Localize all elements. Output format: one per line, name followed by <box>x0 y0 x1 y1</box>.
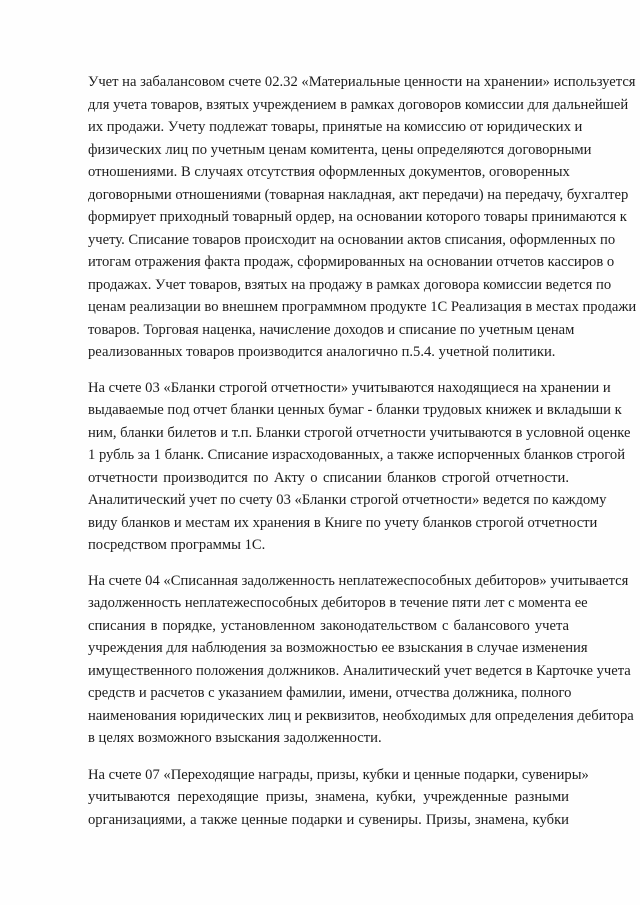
text-line: наименования юридических лиц и реквизито… <box>88 705 569 728</box>
text-line: виду бланков и местам их хранения в Книг… <box>88 512 569 535</box>
document-body: Учет на забалансовом счете 02.32 «Матери… <box>88 71 569 845</box>
text-line: выдаваемые под отчет бланки ценных бумаг… <box>88 399 569 422</box>
text-line: задолженность неплатежеспособных дебитор… <box>88 592 569 615</box>
text-line: отношениями. В случаях отсутствия оформл… <box>88 161 569 184</box>
paragraph-account-07: На счете 07 «Переходящие награды, призы,… <box>88 764 569 832</box>
text-line: Учет на забалансовом счете 02.32 «Матери… <box>88 71 569 94</box>
text-line: итогам отражения факта продаж, сформиров… <box>88 251 569 274</box>
text-line: товаров. Торговая наценка, начисление до… <box>88 319 569 342</box>
text-line: договорными отношениями (товарная наклад… <box>88 184 569 207</box>
text-line: Аналитический учет по счету 03 «Бланки с… <box>88 489 569 512</box>
text-line: На счете 03 «Бланки строгой отчетности» … <box>88 377 569 400</box>
text-line: посредством программы 1С. <box>88 534 569 557</box>
paragraph-account-03: На счете 03 «Бланки строгой отчетности» … <box>88 377 569 557</box>
text-line: в целях возможного взыскания задолженнос… <box>88 727 569 750</box>
text-line: организациями, а также ценные подарки и … <box>88 809 569 832</box>
text-line: 1 рубль за 1 бланк. Списание израсходова… <box>88 444 569 467</box>
text-line: их продажи. Учету подлежат товары, приня… <box>88 116 569 139</box>
text-line: формирует приходный товарный ордер, на о… <box>88 206 569 229</box>
text-line: для учета товаров, взятых учреждением в … <box>88 94 569 117</box>
text-line: На счете 04 «Списанная задолженность неп… <box>88 570 569 593</box>
text-line: На счете 07 «Переходящие награды, призы,… <box>88 764 569 787</box>
paragraph-account-04: На счете 04 «Списанная задолженность неп… <box>88 570 569 750</box>
text-line: имущественного положения должников. Анал… <box>88 660 569 683</box>
text-line: учету. Списание товаров происходит на ос… <box>88 229 569 252</box>
text-line: физических лиц по учетным ценам комитент… <box>88 139 569 162</box>
text-line: учреждения для наблюдения за возможность… <box>88 637 569 660</box>
text-line: списания в порядке, установленном законо… <box>88 615 569 638</box>
text-line: ним, бланки билетов и т.п. Бланки строго… <box>88 422 569 445</box>
text-line: реализованных товаров производится анало… <box>88 341 569 364</box>
text-line: продажах. Учет товаров, взятых на продаж… <box>88 274 569 297</box>
text-line: средств и расчетов с указанием фамилии, … <box>88 682 569 705</box>
text-line: учитываются переходящие призы, знамена, … <box>88 786 569 809</box>
paragraph-account-02-32: Учет на забалансовом счете 02.32 «Матери… <box>88 71 569 364</box>
document-page: Учет на забалансовом счете 02.32 «Матери… <box>0 0 640 905</box>
text-line: отчетности производится по Акту о списан… <box>88 467 569 490</box>
text-line: ценам реализации во внешнем программном … <box>88 296 569 319</box>
